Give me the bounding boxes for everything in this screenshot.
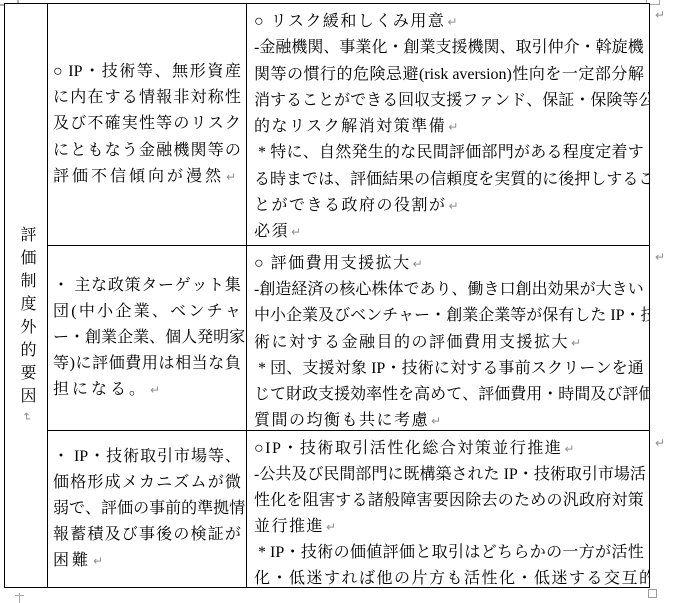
text: 資 xyxy=(207,59,223,85)
text: 門 xyxy=(498,140,514,166)
text: 造 xyxy=(275,277,291,303)
text: 対 xyxy=(191,85,207,111)
text-line[interactable]: 術に対する金融目的の評価費用支援拡大↵ xyxy=(254,330,644,356)
text: 押 xyxy=(574,167,590,193)
text: ち xyxy=(497,540,513,566)
text: 負 xyxy=(225,351,241,377)
text: ・ xyxy=(69,325,85,351)
text: ト xyxy=(208,273,224,299)
text: 部 xyxy=(355,462,371,488)
text: し xyxy=(590,167,606,193)
text-line[interactable]: 消することができる回収支援ファンド、保証・保険等公 xyxy=(254,88,644,114)
text: 間 xyxy=(433,140,449,166)
text: IP xyxy=(367,356,385,382)
text: 確 xyxy=(105,111,121,137)
text: 発 xyxy=(197,325,213,351)
text: 業 xyxy=(302,303,318,329)
text: 値 xyxy=(366,540,382,566)
problem-cell[interactable]: ○ IP・技術等、無形資産に内在する情報非対称性及び不確実性等のリスクにともなう… xyxy=(48,4,247,245)
text-line[interactable]: 質間の均衡も共に考慮↵ xyxy=(254,408,644,430)
text: 支 xyxy=(436,35,452,61)
text: 公 xyxy=(638,88,649,114)
text: 発 xyxy=(351,140,367,166)
paragraph-mark-icon: ↵ xyxy=(571,336,581,350)
text: ン xyxy=(494,88,510,114)
text: 度 xyxy=(579,140,595,166)
text: 、 xyxy=(286,356,302,382)
text: ・ xyxy=(84,59,100,85)
row-header-cell[interactable]: 評価制度外的要因↵ xyxy=(5,4,48,587)
text: 術 xyxy=(119,59,135,85)
text-line[interactable]: -創造経済の核心株体であり、働き口創出効果が大きい xyxy=(254,277,644,303)
text-line[interactable]: -公共及び民間部門に既構築された IP・技術取引市場活 xyxy=(254,462,644,488)
text: ニ xyxy=(156,470,172,496)
text-line[interactable]: 必須↵ xyxy=(254,219,644,245)
text-line[interactable]: に内在する情報非対称性 xyxy=(53,85,241,111)
text-line[interactable]: 化・低迷すれば他の片方も活性化・低迷する交互的関係↵ xyxy=(254,566,644,587)
text: * xyxy=(254,140,270,166)
text: 化 xyxy=(270,488,286,514)
text-line[interactable]: -金融機関、事業化・創業支援機関、取引仲介・斡旋機 xyxy=(254,35,644,61)
text: 検 xyxy=(191,522,207,548)
problem-cell[interactable]: ・ IP・技術取引市場等、価格形成メカニズムが微弱で、評価の事前的準拠情報蓄積及… xyxy=(48,431,247,587)
text: 取 xyxy=(432,540,448,566)
text: 行 xyxy=(320,62,336,88)
text: チ xyxy=(207,299,223,325)
text-line[interactable]: ー・創業企業、個人発明家 xyxy=(53,325,241,351)
text: 個 xyxy=(165,325,181,351)
text: 、 xyxy=(334,167,350,193)
text-line[interactable]: 並行推進↵ xyxy=(254,514,644,540)
text: 対 xyxy=(450,356,466,382)
paragraph-mark-icon: ↵ xyxy=(93,554,103,568)
text: 及 xyxy=(53,111,69,137)
text: 術に対する金融目的の評価費用支援拡大 xyxy=(254,334,569,351)
text: 証 xyxy=(208,522,224,548)
text: ー xyxy=(53,325,69,351)
text-line[interactable]: 性化を阻害する諸般障害要因除去のための汎政府対策 xyxy=(254,488,644,514)
text: す xyxy=(105,85,121,111)
text: 通 xyxy=(628,356,644,382)
text: 政 xyxy=(302,382,318,408)
text: 信 xyxy=(430,167,446,193)
text: を xyxy=(478,167,494,193)
text: 拠 xyxy=(213,496,229,522)
problem-cell[interactable]: ・ 主な政策ターゲット集団(中小企業、ベンチャー・創業企業、個人発明家等)に評価… xyxy=(48,246,247,430)
text: な xyxy=(400,140,416,166)
text: 等 xyxy=(208,138,224,164)
text: 果 xyxy=(564,277,580,303)
text-line[interactable]: る時までは、評価結果の信頼度を実質的に後押しするこ xyxy=(254,167,644,193)
text: 、 xyxy=(452,277,468,303)
text: 及 xyxy=(105,522,121,548)
text: ャ xyxy=(225,299,241,325)
text: 形 xyxy=(190,59,206,85)
text: 、 xyxy=(225,444,241,470)
text: ッ xyxy=(191,273,207,299)
text: 等 xyxy=(208,444,224,470)
text: 関 xyxy=(191,138,207,164)
text: 自 xyxy=(319,140,335,166)
text: 中 xyxy=(79,299,95,325)
text: て xyxy=(270,382,286,408)
text: に xyxy=(53,85,69,111)
text-line[interactable]: ○ 評価費用支援拡大↵ xyxy=(254,251,644,277)
text: 般 xyxy=(384,488,400,514)
text: 前 xyxy=(165,496,181,522)
text: き xyxy=(366,88,382,114)
text: 明 xyxy=(213,325,229,351)
text: 術 xyxy=(418,356,434,382)
text: 間 xyxy=(339,462,355,488)
text: 及 xyxy=(318,303,334,329)
text: 向 xyxy=(529,62,545,88)
text: 阻 xyxy=(303,488,319,514)
text: 的なリスク解消対策準備 xyxy=(254,118,446,135)
text-line[interactable]: じて財政支援効率性を高めて、評価費用・時間及び評価 xyxy=(254,382,644,408)
text: 保 xyxy=(590,88,606,114)
text: が xyxy=(208,470,224,496)
text: 微 xyxy=(225,470,241,496)
text: き xyxy=(612,277,628,303)
text: 構 xyxy=(419,462,435,488)
text: リ xyxy=(191,111,207,137)
text: ス xyxy=(531,356,547,382)
response-cell[interactable]: ○IP・技術取引活性化総合対策並行推進↵-公共及び民間部門に既構築された IP・… xyxy=(247,431,649,587)
text-line[interactable]: ○ リスク緩和しくみ用意↵ xyxy=(254,9,644,35)
text: ・ xyxy=(518,462,534,488)
text: ゲ xyxy=(175,273,191,299)
text: 技 xyxy=(102,59,118,85)
text: 結 xyxy=(382,167,398,193)
text: 金 xyxy=(139,138,155,164)
text: が xyxy=(334,88,350,114)
text: 効 xyxy=(350,382,366,408)
text: 化・低迷すれば他の片方も活性化・低迷する交互的関係 xyxy=(254,570,649,587)
response-cell[interactable]: ○ リスク緩和しくみ用意↵-金融機関、事業化・創業支援機関、取引仲介・斡旋機関等… xyxy=(247,4,649,245)
text: 旋 xyxy=(612,35,628,61)
text: 業 xyxy=(419,35,435,61)
text: 市 xyxy=(174,444,190,470)
text: 産 xyxy=(225,59,241,85)
text: に xyxy=(434,356,450,382)
text xyxy=(70,273,74,299)
text: う xyxy=(122,138,138,164)
text: 的 xyxy=(181,496,197,522)
text: 障 xyxy=(400,488,416,514)
text: (risk aversion) xyxy=(419,62,512,88)
text: 一 xyxy=(562,540,578,566)
text: 企 xyxy=(117,325,133,351)
text: 市 xyxy=(598,462,614,488)
text: IP xyxy=(70,444,88,470)
text: 実 xyxy=(494,167,510,193)
text: ・ xyxy=(53,273,69,299)
text: の xyxy=(287,62,303,88)
text: 証 xyxy=(558,88,574,114)
text: ズ xyxy=(173,470,189,496)
text: ー xyxy=(158,273,174,299)
text: 業 xyxy=(101,325,117,351)
text: ー xyxy=(579,356,595,382)
row-header-label: 評価制度外的要因 xyxy=(18,226,35,410)
text: 要 xyxy=(433,488,449,514)
text: じ xyxy=(254,382,270,408)
text: の xyxy=(546,540,562,566)
text-line[interactable]: 的なリスク解消対策準備↵ xyxy=(254,114,644,140)
table-resize-handle[interactable] xyxy=(648,589,657,598)
text: 技 xyxy=(641,303,649,329)
text: 評 xyxy=(383,540,399,566)
text: 家 xyxy=(229,325,245,351)
text: 担になる。 xyxy=(53,381,148,398)
text: 政 xyxy=(108,273,124,299)
text: 関 xyxy=(254,62,270,88)
text: 心 xyxy=(355,277,371,303)
text: 引 xyxy=(582,462,598,488)
text: 、 xyxy=(500,35,516,61)
text: 活 xyxy=(611,540,627,566)
text: を xyxy=(398,382,414,408)
text: 経 xyxy=(291,277,307,303)
text: 、 xyxy=(526,88,542,114)
text: 並行推進 xyxy=(254,518,324,535)
text: 性 xyxy=(512,62,528,88)
text: 質 xyxy=(510,167,526,193)
text: に xyxy=(76,351,92,377)
text: に xyxy=(53,138,69,164)
text: 間 xyxy=(574,382,590,408)
text: は xyxy=(464,540,480,566)
text: 効 xyxy=(548,277,564,303)
text-line[interactable]: 団(中小企業、ベンチャ xyxy=(53,299,241,325)
text-line[interactable]: 弱で、評価の事前的準拠情 xyxy=(53,496,241,522)
text: の xyxy=(323,277,339,303)
text: ○IP・技術取引活性化総合対策並行推進 xyxy=(254,440,562,457)
text: 機 xyxy=(173,138,189,164)
text: 必須 xyxy=(254,223,289,240)
text: 実 xyxy=(122,111,138,137)
text: 業 xyxy=(355,35,371,61)
text: 業 xyxy=(462,303,478,329)
text: 体 xyxy=(387,277,403,303)
text: 消 xyxy=(254,88,270,114)
text: 称 xyxy=(208,85,224,111)
text: カ xyxy=(139,470,155,496)
text: 主 xyxy=(74,273,90,299)
text-line[interactable]: ・ 主な政策ターゲット集 xyxy=(53,273,241,299)
text: 価 xyxy=(638,382,649,408)
text: で xyxy=(403,277,419,303)
text: 事 xyxy=(499,356,515,382)
text: の xyxy=(547,488,563,514)
text: ○ 評価費用支援拡大 xyxy=(254,255,411,272)
text: 評 xyxy=(622,382,638,408)
text: は xyxy=(158,351,174,377)
text: 弱 xyxy=(53,496,69,522)
text: 創 xyxy=(259,277,275,303)
text: は xyxy=(318,167,334,193)
text: で xyxy=(69,496,85,522)
text: 小 xyxy=(97,299,113,325)
text: 技 xyxy=(402,356,418,382)
text: 価 xyxy=(399,540,415,566)
text-line[interactable]: ・ IP・技術取引市場等、 xyxy=(53,444,241,470)
text: 株 xyxy=(371,277,387,303)
response-cell[interactable]: ○ 評価費用支援拡大↵-創造経済の核心株体であり、働き口創出効果が大きい中小企業… xyxy=(247,246,649,430)
text: す xyxy=(628,140,644,166)
text: い xyxy=(628,277,644,303)
text: 共 xyxy=(275,462,291,488)
text-line[interactable]: とができる政府の役割が↵ xyxy=(254,193,644,219)
text: 慣 xyxy=(304,62,320,88)
text: 等 xyxy=(53,351,69,377)
text: 前 xyxy=(515,356,531,382)
text: 及 xyxy=(291,462,307,488)
text: こ xyxy=(638,167,649,193)
text: 事 xyxy=(149,496,165,522)
text: 策 xyxy=(125,273,141,299)
text-line[interactable]: ○IP・技術取引活性化総合対策並行推進↵ xyxy=(254,436,644,462)
text: 策 xyxy=(628,488,644,514)
text-line[interactable]: 報蓄積及び事後の検証が xyxy=(53,522,241,548)
cursor-artifact xyxy=(15,595,24,596)
text: る xyxy=(546,140,562,166)
text: が xyxy=(595,540,611,566)
text-line[interactable]: ○ IP・技術等、無形資産 xyxy=(53,59,241,85)
text: 支 xyxy=(302,356,318,382)
text: 性 xyxy=(628,540,644,566)
text: 金 xyxy=(259,35,275,61)
row-end-mark-icon: ↵ xyxy=(655,8,665,22)
text: IP xyxy=(64,59,82,85)
text: 避 xyxy=(403,62,419,88)
text-line[interactable]: にともなう金融機関等の xyxy=(53,138,241,164)
text: 、 xyxy=(323,35,339,61)
text-line[interactable]: * IP・技術の価値評価と取引はどちらかの一方が活性 xyxy=(254,540,644,566)
text: ま xyxy=(286,167,302,193)
text: 事 xyxy=(139,522,155,548)
text-line[interactable]: * 団、支援対象 IP・技術に対する事前スクリーンを通 xyxy=(254,356,644,382)
text: ・ xyxy=(387,35,403,61)
row-end-mark-icon: ↵ xyxy=(655,250,665,264)
text: 引 xyxy=(157,444,173,470)
text: 分 xyxy=(611,62,627,88)
text: さ xyxy=(452,462,468,488)
text-line[interactable]: * 特に、自然発生的な民間評価部門がある程度定着す xyxy=(254,140,644,166)
text: 的 xyxy=(384,140,400,166)
text: た xyxy=(514,488,530,514)
text: 情 xyxy=(229,496,245,522)
paragraph-mark-icon: ↵ xyxy=(447,15,457,29)
text: す xyxy=(335,488,351,514)
text: 着 xyxy=(611,140,627,166)
text: 、 xyxy=(149,325,165,351)
text: 術 xyxy=(317,540,333,566)
text: とができる政府の役割が xyxy=(254,197,447,214)
text: の xyxy=(225,138,241,164)
text: 価 xyxy=(53,470,69,496)
text: 程 xyxy=(563,140,579,166)
text: ・ xyxy=(430,303,446,329)
text: 等 xyxy=(156,111,172,137)
text: 有 xyxy=(558,303,574,329)
text: 後 xyxy=(558,167,574,193)
text-line[interactable]: 評価不信傾向が漫然↵ xyxy=(53,164,241,190)
text: 機 xyxy=(291,35,307,61)
text: 口 xyxy=(500,277,516,303)
text: 部 xyxy=(481,140,497,166)
text: 忌 xyxy=(386,62,402,88)
text-line[interactable]: 及び不確実性等のリスク xyxy=(53,111,241,137)
text: 仲 xyxy=(548,35,564,61)
text: 大 xyxy=(596,277,612,303)
text: 在 xyxy=(87,85,103,111)
text: 評 xyxy=(101,496,117,522)
text: 無 xyxy=(172,59,188,85)
text: び xyxy=(122,522,138,548)
text: こ xyxy=(302,88,318,114)
text: 、 xyxy=(303,140,319,166)
text: 等 xyxy=(622,88,638,114)
text-line[interactable]: 担になる。↵ xyxy=(53,377,241,403)
text: 評 xyxy=(449,140,465,166)
text: 等 xyxy=(137,59,153,85)
text: 企 xyxy=(115,299,131,325)
text: ・ xyxy=(574,88,590,114)
text: 性 xyxy=(382,382,398,408)
text: 率 xyxy=(366,382,382,408)
text-line[interactable]: 関等の慣行的危険忌避(risk aversion)性向を一定部分解 xyxy=(254,62,644,88)
evaluation-factors-table: 評価制度外的要因↵ ○ IP・技術等、無形資産に内在する情報非対称性及び不確実性… xyxy=(4,3,650,588)
text: 価 xyxy=(117,496,133,522)
text: る xyxy=(352,488,368,514)
text: ・ xyxy=(385,356,401,382)
text: 除 xyxy=(465,488,481,514)
text: 核 xyxy=(339,277,355,303)
text: 既 xyxy=(403,462,419,488)
text: ン xyxy=(366,303,382,329)
text: に xyxy=(286,140,302,166)
text: 価 xyxy=(350,540,366,566)
text-line[interactable]: 中小企業及びベンチャー・創業企業等が保有した IP・技 xyxy=(254,303,644,329)
text: IP xyxy=(606,303,624,329)
text: リ xyxy=(563,356,579,382)
text: 活 xyxy=(630,462,646,488)
text: 特 xyxy=(270,140,286,166)
text: が xyxy=(526,303,542,329)
text: 民 xyxy=(416,140,432,166)
text: 引 xyxy=(532,35,548,61)
text: ン xyxy=(595,356,611,382)
text: 然 xyxy=(335,140,351,166)
text-line[interactable]: 等)に評価費用は相当な負 xyxy=(53,351,241,377)
text: 働 xyxy=(468,277,484,303)
text: の xyxy=(334,540,350,566)
text: タ xyxy=(141,273,157,299)
text: 創 xyxy=(403,35,419,61)
text-line[interactable]: 価格形成メカニズムが微 xyxy=(53,470,241,496)
text: 険 xyxy=(370,62,386,88)
text: が xyxy=(225,522,241,548)
text: 用 xyxy=(526,382,542,408)
text: 業 xyxy=(134,299,150,325)
text: ム xyxy=(191,470,207,496)
text: 蓄 xyxy=(70,522,86,548)
text-line[interactable]: 困難↵ xyxy=(53,548,241,574)
text: に xyxy=(542,167,558,193)
text: 内 xyxy=(70,85,86,111)
